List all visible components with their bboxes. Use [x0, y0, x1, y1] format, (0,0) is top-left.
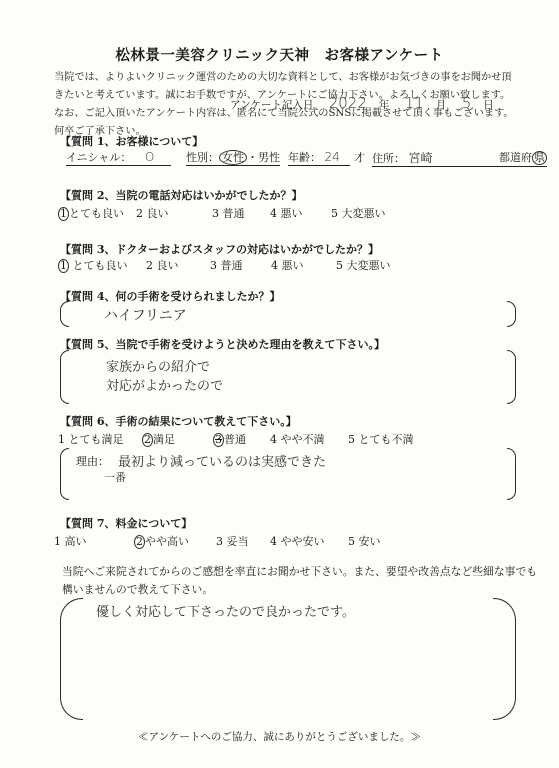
q2-option-5[interactable]: 5 大変悪い [331, 205, 386, 221]
comments-prompt-line1: 当院へご来院されてからのご感想を率直にお聞かせ下さい。また、要望や改善点など些細… [62, 564, 537, 579]
q2-options: 1とても良い 2 良い 3 普通 4 悪い 5 大変悪い [58, 205, 518, 221]
initial-label: イニシャル： [66, 151, 131, 164]
q5-answer-line1: 家族からの紹介で [106, 356, 210, 375]
comments-answer: 優しく対応して下さったので良かったです。 [96, 601, 355, 620]
gender-sep: ・ [247, 151, 258, 164]
bracket-right [507, 301, 516, 327]
reason-label: 理由： [76, 453, 109, 469]
year-unit: 年 [379, 99, 390, 111]
age-label: 年齢： [288, 151, 321, 164]
month-unit: 月 [436, 99, 447, 111]
bracket-right [493, 598, 516, 720]
prefecture-suffix: 都道府 [499, 151, 532, 164]
q6-option-3[interactable]: 3普通 [213, 431, 246, 447]
q2-option-4[interactable]: 4 悪い [270, 205, 303, 221]
date-day[interactable]: 5 [462, 94, 472, 112]
thanks-message: ≪アンケートへのご協力、誠にありがとうございました。≫ [0, 729, 559, 744]
q2-selected-marker: 1 [58, 207, 69, 221]
date-year[interactable]: 2022 [329, 94, 367, 112]
bracket-right [507, 350, 516, 404]
q3-heading: 【質問 3、ドクターおよびスタッフの対応はいかがでしたか？】 [60, 241, 379, 257]
q3-option-5[interactable]: 5 大変悪い [336, 257, 391, 273]
bracket-left [60, 598, 83, 720]
q6-option-5[interactable]: 5 とても不満 [348, 431, 414, 447]
q2-option-3[interactable]: 3 普通 [212, 205, 245, 221]
q1-fields: イニシャル： O 性別：女性・男性 年齢： 24 才 住所： 宮崎 都道府県 [66, 149, 526, 165]
q3-option-3[interactable]: 3 普通 [210, 257, 243, 273]
bracket-left [60, 301, 69, 327]
q2-option-2[interactable]: 2 良い [136, 205, 169, 221]
q5-answer-field[interactable]: 家族からの紹介で 対応がよかったので [60, 350, 516, 404]
q6-option-2[interactable]: 2満足 [142, 431, 175, 447]
initial-field[interactable]: イニシャル： O [66, 149, 171, 166]
age-unit: 才 [354, 149, 365, 165]
q6-reason-line2: 一番 [104, 469, 126, 485]
survey-date: アンケート記入日 2022年 11月 5日 [230, 94, 494, 112]
comments-answer-field[interactable]: 優しく対応して下さったので良かったです。 [60, 598, 516, 720]
q3-options: 1 とても良い 2 良い 3 普通 4 悪い 5 大変悪い [58, 257, 518, 273]
q2-heading: 【質問 2、当院の電話対応はいかがでしたか？】 [60, 187, 302, 203]
q7-option-3[interactable]: 3 妥当 [216, 533, 249, 549]
gender-option-female[interactable]: 女性 [219, 150, 247, 165]
q2-option-1[interactable]: 1とても良い [58, 205, 124, 221]
q7-option-5[interactable]: 5 安い [348, 533, 381, 549]
survey-title: 松林景一美容クリニック天神 お客様アンケート [0, 44, 559, 65]
day-unit: 日 [483, 99, 494, 111]
q6-crossed-marker: 3 [213, 433, 224, 447]
gender-field: 性別：女性・男性 [186, 149, 280, 166]
gender-option-male[interactable]: 男性 [258, 151, 280, 164]
q7-options: 1 高い 2やや高い 3 妥当 4 やや安い 5 安い [54, 533, 514, 549]
q6-reason-field[interactable]: 理由： 最初より減っているのは実感できた 一番 [60, 448, 516, 500]
q7-heading: 【質問 7、料金について】 [60, 515, 192, 531]
q7-option-1[interactable]: 1 高い [54, 533, 87, 549]
age-field[interactable]: 年齢： 24 [288, 149, 350, 166]
q6-selected-marker: 2 [142, 433, 153, 447]
q1-heading: 【質問 1、お客様について】 [60, 133, 203, 149]
date-label: アンケート記入日 [230, 99, 313, 111]
q6-option-4[interactable]: 4 やや不満 [270, 431, 325, 447]
date-month[interactable]: 11 [405, 94, 424, 112]
q7-option-4[interactable]: 4 やや安い [270, 533, 325, 549]
bracket-right [507, 448, 516, 500]
age-value: 24 [325, 150, 340, 164]
q6-heading: 【質問 6、手術の結果について教えて下さい。】 [60, 413, 297, 429]
q4-answer: ハイフリニア [104, 305, 187, 325]
q4-answer-field[interactable]: ハイフリニア [60, 301, 516, 327]
q7-selected-marker: 2 [134, 535, 145, 549]
q3-selected-marker: 1 [58, 259, 69, 273]
prefecture-selected[interactable]: 県 [532, 151, 547, 165]
gender-label: 性別： [186, 151, 219, 164]
address-value: 宮崎 [409, 151, 433, 165]
address-field[interactable]: 住所： 宮崎 都道府県 [372, 149, 547, 167]
q6-reason-line1: 最初より減っているのは実感できた [118, 451, 326, 470]
address-label: 住所： [372, 152, 405, 165]
bracket-left [60, 448, 69, 500]
comments-prompt-line2: 構いませんので教えて下さい。 [62, 582, 213, 597]
q3-option-2[interactable]: 2 良い [146, 257, 179, 273]
q6-option-1[interactable]: 1 とても満足 [58, 431, 124, 447]
q3-option-4[interactable]: 4 悪い [271, 257, 304, 273]
initial-value: O [145, 150, 154, 164]
q3-option-1[interactable]: 1 とても良い [58, 257, 128, 273]
prefecture-options: 都道府県 [499, 149, 547, 165]
bracket-left [60, 350, 69, 404]
q5-answer-line2: 対応がよかったので [106, 375, 223, 394]
q7-option-2[interactable]: 2やや高い [134, 533, 189, 549]
q6-options: 1 とても満足 2満足 3普通 4 やや不満 5 とても不満 [58, 431, 518, 447]
